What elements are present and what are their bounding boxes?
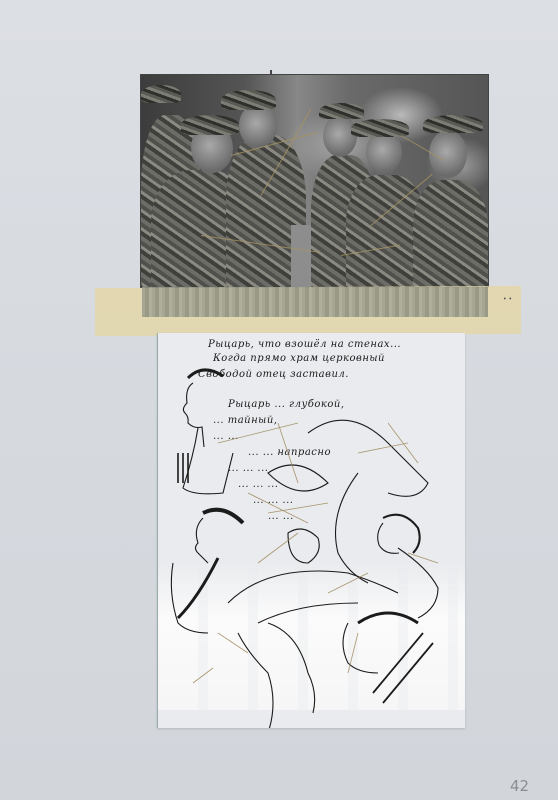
page-number: 42 <box>510 777 529 795</box>
cadet-figure <box>413 180 488 288</box>
grass-overlay <box>193 423 438 683</box>
manuscript-page: Рыцарь, что взошёл на стенах... Когда пр… <box>157 333 465 728</box>
cadet-cap <box>181 115 239 135</box>
tape-mark: • • <box>503 296 512 303</box>
cadet-cap <box>221 90 276 110</box>
cadet-head <box>323 115 357 157</box>
cadet-cap <box>141 85 181 103</box>
cadets-photograph <box>140 74 489 288</box>
cadet-cap <box>423 115 483 133</box>
cadet-cap <box>319 103 364 119</box>
tape-over-photo <box>142 287 488 317</box>
pen-sketches <box>158 333 465 728</box>
